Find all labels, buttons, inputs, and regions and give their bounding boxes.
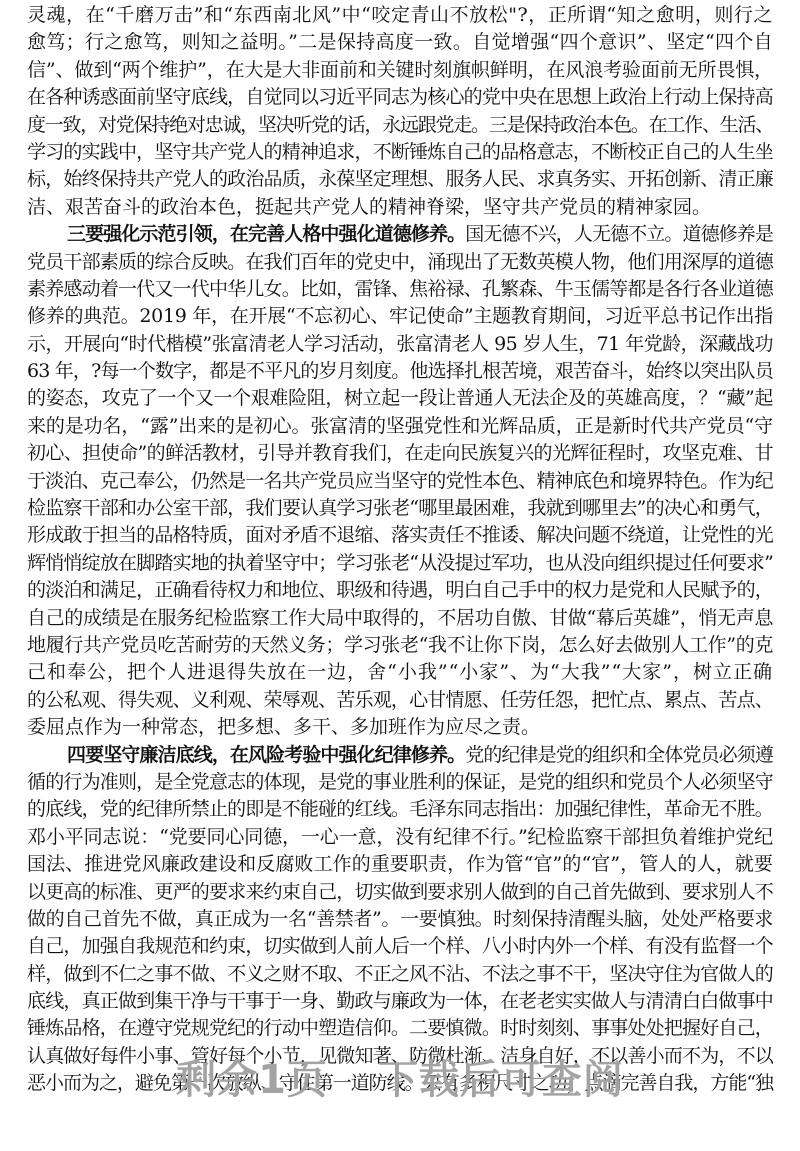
remaining-pages-label: 剩余1页 — [176, 1057, 328, 1103]
line-text: 循的行为准则，是全党意志的体现，是党的事业胜利的保证，是党的组织和党员个人必须坚… — [27, 771, 773, 793]
section-heading: 四要坚守廉洁底线，在风险考验中强化纪律修养。 — [67, 744, 465, 766]
text-line: 信”、做到“两个维护”，在大是大非面前和关键时刻旗帜鲜明，在风浪考验面前无所畏惧… — [27, 57, 773, 84]
text-line: 辉悄悄绽放在脚踏实地的执着坚守中；学习张老“从没提过军功，也从没向组织提过任何要… — [27, 550, 773, 577]
text-line: 的淡泊和满足，正确看待权力和地位、职级和待遇，明白自己手中的权力是党和人民赋予的… — [27, 577, 773, 604]
line-text: 修养的典范。2019 年，在开展“不忘初心、牢记使命”主题教育期间，习近平总书记… — [27, 305, 773, 327]
text-line: 做的自己首先不做，真正成为一名“善禁者”。一要慎独。时刻保持清醒头脑，处处严格要… — [27, 906, 773, 933]
document-body: 灵魂，在“千磨万击”和“东西南北风”中“咬定青山不放松"?，正所谓“知之愈明，则… — [27, 2, 773, 1098]
text-line: 地履行共产党员吃苦耐劳的天然义务；学习张老“我不让你下岗，怎么好去做别人工作”的… — [27, 632, 773, 659]
line-text: 底线，真正做到集干净与干事于一身、勤政与廉政为一体，在老老实实做人与清清白白做事… — [27, 990, 773, 1012]
line-text: 辉悄悄绽放在脚踏实地的执着坚守中；学习张老“从没提过军功，也从没向组织提过任何要… — [27, 552, 773, 574]
text-line: 63 年，?每一个数字，都是不平凡的岁月刻度。他选择扎根苦境，艰苦奋斗，始终以突… — [27, 358, 773, 385]
document-page: 灵魂，在“千磨万击”和“东西南北风”中“咬定青山不放松"?，正所谓“知之愈明，则… — [0, 0, 800, 1151]
line-text: 于淡泊、克己奉公，仍然是一名共产党员应当坚守的党性本色、精神底色和境界特色。作为… — [27, 470, 773, 492]
line-text: 党的纪律是党的组织和全体党员必须遵 — [465, 744, 773, 766]
line-text: 委屈点作为一种常态，把多想、多干、多加班作为应尽之责。 — [27, 716, 540, 738]
line-text: 灵魂，在“千磨万击”和“东西南北风”中“咬定青山不放松"?，正所谓“知之愈明，则… — [27, 4, 773, 26]
line-text: 的姿态，攻克了一个又一个艰难险阻，树立起一段让普通人无法企及的英雄高度，？“藏”… — [27, 387, 773, 409]
line-text: 洁、艰苦奋斗的政治本色，挺起共产党人的精神脊梁，坚守共产党员的精神家园。 — [27, 196, 711, 218]
line-text: 党员干部素质的综合反映。在我们百年的党史中，涌现出了无数英模人物，他们用深厚的道… — [27, 251, 773, 273]
line-text: 己和奉公，把个人进退得失放在一边，舍“小我”“小家”、为“大我”“大家”，树立正… — [27, 661, 773, 683]
line-text: 以更高的标准、更严的要求来约束自己，切实做到要求别人做到的自己首先做到、要求别人… — [27, 881, 773, 903]
line-text: 来的是功名，“露”出来的是初心。张富清的坚强党性和光辉品质，正是新时代共产党员“… — [27, 415, 773, 437]
line-text: 形成敢于担当的品格特质，面对矛盾不退缩、落实责任不推诿、解决问题不绕道，让党性的… — [27, 524, 773, 546]
text-line: 修养的典范。2019 年，在开展“不忘初心、牢记使命”主题教育期间，习近平总书记… — [27, 303, 773, 330]
download-to-view-label: 下载后可查阅 — [378, 1057, 624, 1103]
line-text: 学习的实践中，坚守共产党人的精神追求，不断锤炼自己的品格意志，不断校正自己的人生… — [27, 141, 773, 163]
line-text: 自己，加强自我规范和约束，切实做到人前人后一个样、八小时内外一个样、有没有监督一… — [27, 935, 773, 957]
text-line: 自己的成绩是在服务纪检监察工作大局中取得的，不居功自傲、甘做“幕后英雄”，悄无声… — [27, 605, 773, 632]
text-line: 检监察干部和办公室干部，我们要认真学习张老“哪里最困难，我就到哪里去”的决心和勇… — [27, 495, 773, 522]
text-line: 标，始终保持共产党人的政治品质，永葆坚定理想、服务人民、求真务实、开拓创新、清正… — [27, 166, 773, 193]
text-line: 度一致，对党保持绝对忠诚，坚决听党的话，永远跟党走。三是保持政治本色。在工作、生… — [27, 112, 773, 139]
text-line: 来的是功名，“露”出来的是初心。张富清的坚强党性和光辉品质，正是新时代共产党员“… — [27, 413, 773, 440]
line-text: 样，做到不仁之事不做、不义之财不取、不正之风不沾、不法之事不干，坚决守住为官做人… — [27, 963, 773, 985]
text-line: 于淡泊、克己奉公，仍然是一名共产党员应当坚守的党性本色、精神底色和境界特色。作为… — [27, 468, 773, 495]
line-text: 素养感动着一代又一代中华儿女。比如，雷锋、焦裕禄、孔繁森、牛玉儒等都是各行各业道… — [27, 278, 773, 300]
text-line: 形成敢于担当的品格特质，面对矛盾不退缩、落实责任不推诿、解决问题不绕道，让党性的… — [27, 522, 773, 549]
line-text: 的公私观、得失观、义利观、荣辱观、苦乐观，心甘情愿、任劳任怨，把忙点、累点、苦点… — [27, 689, 773, 711]
text-line: 的底线，党的纪律所禁止的即是不能碰的红线。毛泽东同志指出：加强纪律性，革命无不胜… — [27, 796, 773, 823]
line-text: 的淡泊和满足，正确看待权力和地位、职级和待遇，明白自己手中的权力是党和人民赋予的… — [27, 579, 773, 601]
text-line: 的公私观、得失观、义利观、荣辱观、苦乐观，心甘情愿、任劳任怨，把忙点、累点、苦点… — [27, 687, 773, 714]
text-line: 三要强化示范引领，在完善人格中强化道德修养。国无德不兴，人无德不立。道德修养是 — [27, 221, 773, 248]
text-line: 愈笃；行之愈笃，则知之益明。”二是保持高度一致。自觉增强“四个意识”、坚定“四个… — [27, 29, 773, 56]
text-line: 自己，加强自我规范和约束，切实做到人前人后一个样、八小时内外一个样、有没有监督一… — [27, 933, 773, 960]
text-line: 以更高的标准、更严的要求来约束自己，切实做到要求别人做到的自己首先做到、要求别人… — [27, 879, 773, 906]
text-line: 循的行为准则，是全党意志的体现，是党的事业胜利的保证，是党的组织和党员个人必须坚… — [27, 769, 773, 796]
text-line: 洁、艰苦奋斗的政治本色，挺起共产党人的精神脊梁，坚守共产党员的精神家园。 — [27, 194, 773, 221]
line-text: 的底线，党的纪律所禁止的即是不能碰的红线。毛泽东同志指出：加强纪律性，革命无不胜… — [27, 798, 773, 820]
text-line: 邓小平同志说：“党要同心同德，一心一意，没有纪律不行。”纪检监察干部担负着维护党… — [27, 824, 773, 851]
line-text: 初心、担使命”的鲜活教材，引导并教育我们，在走向民族复兴的光辉征程时，攻坚克难、… — [27, 442, 773, 464]
text-line: 初心、担使命”的鲜活教材，引导并教育我们，在走向民族复兴的光辉征程时，攻坚克难、… — [27, 440, 773, 467]
line-text: 度一致，对党保持绝对忠诚，坚决听党的话，永远跟党走。三是保持政治本色。在工作、生… — [27, 114, 773, 136]
line-text: 国无德不兴，人无德不立。道德修养是 — [465, 223, 773, 245]
text-line: 素养感动着一代又一代中华儿女。比如，雷锋、焦裕禄、孔繁森、牛玉儒等都是各行各业道… — [27, 276, 773, 303]
line-text: 在各种诱惑面前坚守底线，自觉同以习近平同志为核心的党中央在思想上政治上行动上保持… — [27, 86, 773, 108]
line-text: 标，始终保持共产党人的政治品质，永葆坚定理想、服务人民、求真务实、开拓创新、清正… — [27, 168, 773, 190]
text-line: 灵魂，在“千磨万击”和“东西南北风”中“咬定青山不放松"?，正所谓“知之愈明，则… — [27, 2, 773, 29]
line-text: 邓小平同志说：“党要同心同德，一心一意，没有纪律不行。”纪检监察干部担负着维护党… — [27, 826, 773, 848]
text-line: 样，做到不仁之事不做、不义之财不取、不正之风不沾、不法之事不干，坚决守住为官做人… — [27, 961, 773, 988]
text-line: 的姿态，攻克了一个又一个艰难险阻，树立起一段让普通人无法企及的英雄高度，？“藏”… — [27, 385, 773, 412]
line-text: 自己的成绩是在服务纪检监察工作大局中取得的，不居功自傲、甘做“幕后英雄”，悄无声… — [27, 607, 773, 629]
line-text: 检监察干部和办公室干部，我们要认真学习张老“哪里最困难，我就到哪里去”的决心和勇… — [27, 497, 773, 519]
text-line: 锤炼品格，在遵守党规党纪的行动中塑造信仰。二要慎微。时时刻刻、事事处处把握好自己… — [27, 1015, 773, 1042]
line-text: 示，开展向“时代楷模”张富清老人学习活动，张富清老人 95 岁人生，71 年党龄… — [27, 333, 773, 355]
text-line: 底线，真正做到集干净与干事于一身、勤政与廉政为一体，在老老实实做人与清清白白做事… — [27, 988, 773, 1015]
text-line: 党员干部素质的综合反映。在我们百年的党史中，涌现出了无数英模人物，他们用深厚的道… — [27, 249, 773, 276]
text-line: 委屈点作为一种常态，把多想、多干、多加班作为应尽之责。 — [27, 714, 773, 741]
line-text: 63 年，?每一个数字，都是不平凡的岁月刻度。他选择扎根苦境，艰苦奋斗，始终以突… — [27, 360, 773, 382]
line-text: 地履行共产党员吃苦耐劳的天然义务；学习张老“我不让你下岗，怎么好去做别人工作”的… — [27, 634, 773, 656]
text-line: 己和奉公，把个人进退得失放在一边，舍“小我”“小家”、为“大我”“大家”，树立正… — [27, 659, 773, 686]
line-text: 愈笃；行之愈笃，则知之益明。”二是保持高度一致。自觉增强“四个意识”、坚定“四个… — [27, 31, 773, 53]
line-text: 做的自己首先不做，真正成为一名“善禁者”。一要慎独。时刻保持清醒头脑，处处严格要… — [27, 908, 773, 930]
line-text: 锤炼品格，在遵守党规党纪的行动中塑造信仰。二要慎微。时时刻刻、事事处处把握好自己… — [27, 1017, 773, 1039]
text-line: 在各种诱惑面前坚守底线，自觉同以习近平同志为核心的党中央在思想上政治上行动上保持… — [27, 84, 773, 111]
download-prompt[interactable]: 剩余1页下载后可查阅 — [0, 1048, 800, 1105]
line-text: 信”、做到“两个维护”，在大是大非面前和关键时刻旗帜鲜明，在风浪考验面前无所畏惧… — [27, 59, 773, 81]
text-line: 示，开展向“时代楷模”张富清老人学习活动，张富清老人 95 岁人生，71 年党龄… — [27, 331, 773, 358]
text-line: 四要坚守廉洁底线，在风险考验中强化纪律修养。党的纪律是党的组织和全体党员必须遵 — [27, 742, 773, 769]
text-line: 学习的实践中，坚守共产党人的精神追求，不断锤炼自己的品格意志，不断校正自己的人生… — [27, 139, 773, 166]
line-text: 国法、推进党风廉政建设和反腐败工作的重要职责，作为管“官”的“官”，管人的人，就… — [27, 853, 773, 875]
section-heading: 三要强化示范引领，在完善人格中强化道德修养。 — [67, 223, 465, 245]
text-line: 国法、推进党风廉政建设和反腐败工作的重要职责，作为管“官”的“官”，管人的人，就… — [27, 851, 773, 878]
